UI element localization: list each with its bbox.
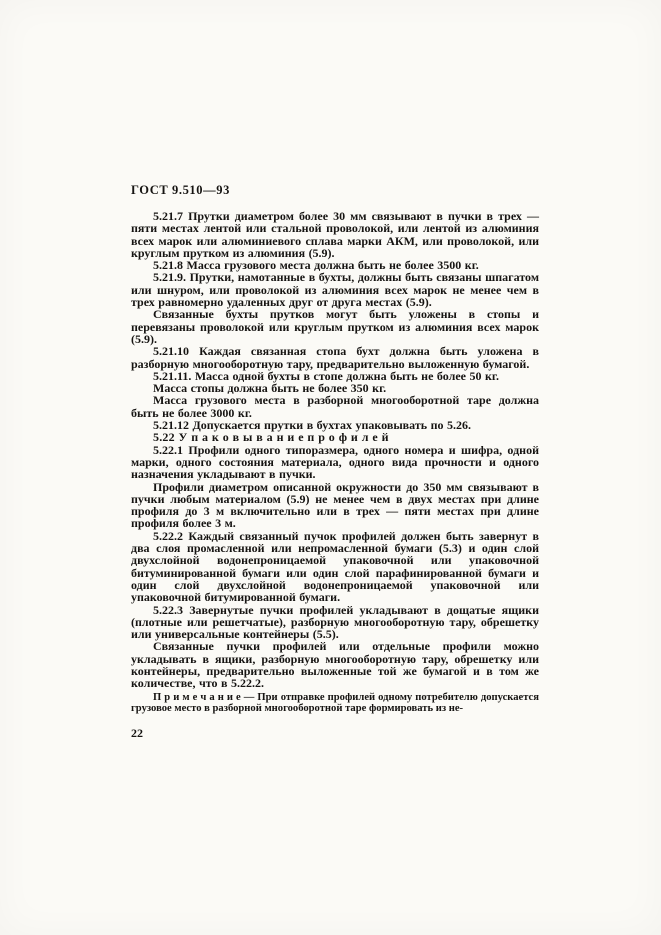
section-heading: 5.22 У п а к о в ы в а н и е п р о ф и л… bbox=[131, 431, 539, 443]
paragraph: Профили диаметром описанной окружности д… bbox=[131, 481, 539, 530]
paragraph: 5.22.1 Профили одного типоразмера, одног… bbox=[131, 444, 539, 481]
text-block: ГОСТ 9.510—93 5.21.7 Прутки диаметром бо… bbox=[131, 183, 539, 741]
document-page: ГОСТ 9.510—93 5.21.7 Прутки диаметром бо… bbox=[0, 0, 661, 935]
paragraph: 5.21.9. Прутки, намотанные в бухты, долж… bbox=[131, 271, 539, 308]
paragraph: 5.22.2 Каждый связанный пучок профилей д… bbox=[131, 530, 539, 604]
paragraph: 5.22.3 Завернутые пучки профилей укладыв… bbox=[131, 604, 539, 641]
note-paragraph: П р и м е ч а н и е — При отправке профи… bbox=[131, 692, 539, 715]
paragraph: 5.21.10 Каждая связанная стопа бухт долж… bbox=[131, 345, 539, 370]
page-number: 22 bbox=[131, 726, 539, 741]
paragraph: 5.21.7 Прутки диаметром более 30 мм связ… bbox=[131, 210, 539, 259]
paragraph: Масса грузового места в разборной многоо… bbox=[131, 394, 539, 419]
paragraph: Связанные пучки профилей или отдельные п… bbox=[131, 640, 539, 689]
document-header: ГОСТ 9.510—93 bbox=[131, 183, 539, 198]
paragraph: Связанные бухты прутков могут быть уложе… bbox=[131, 308, 539, 345]
